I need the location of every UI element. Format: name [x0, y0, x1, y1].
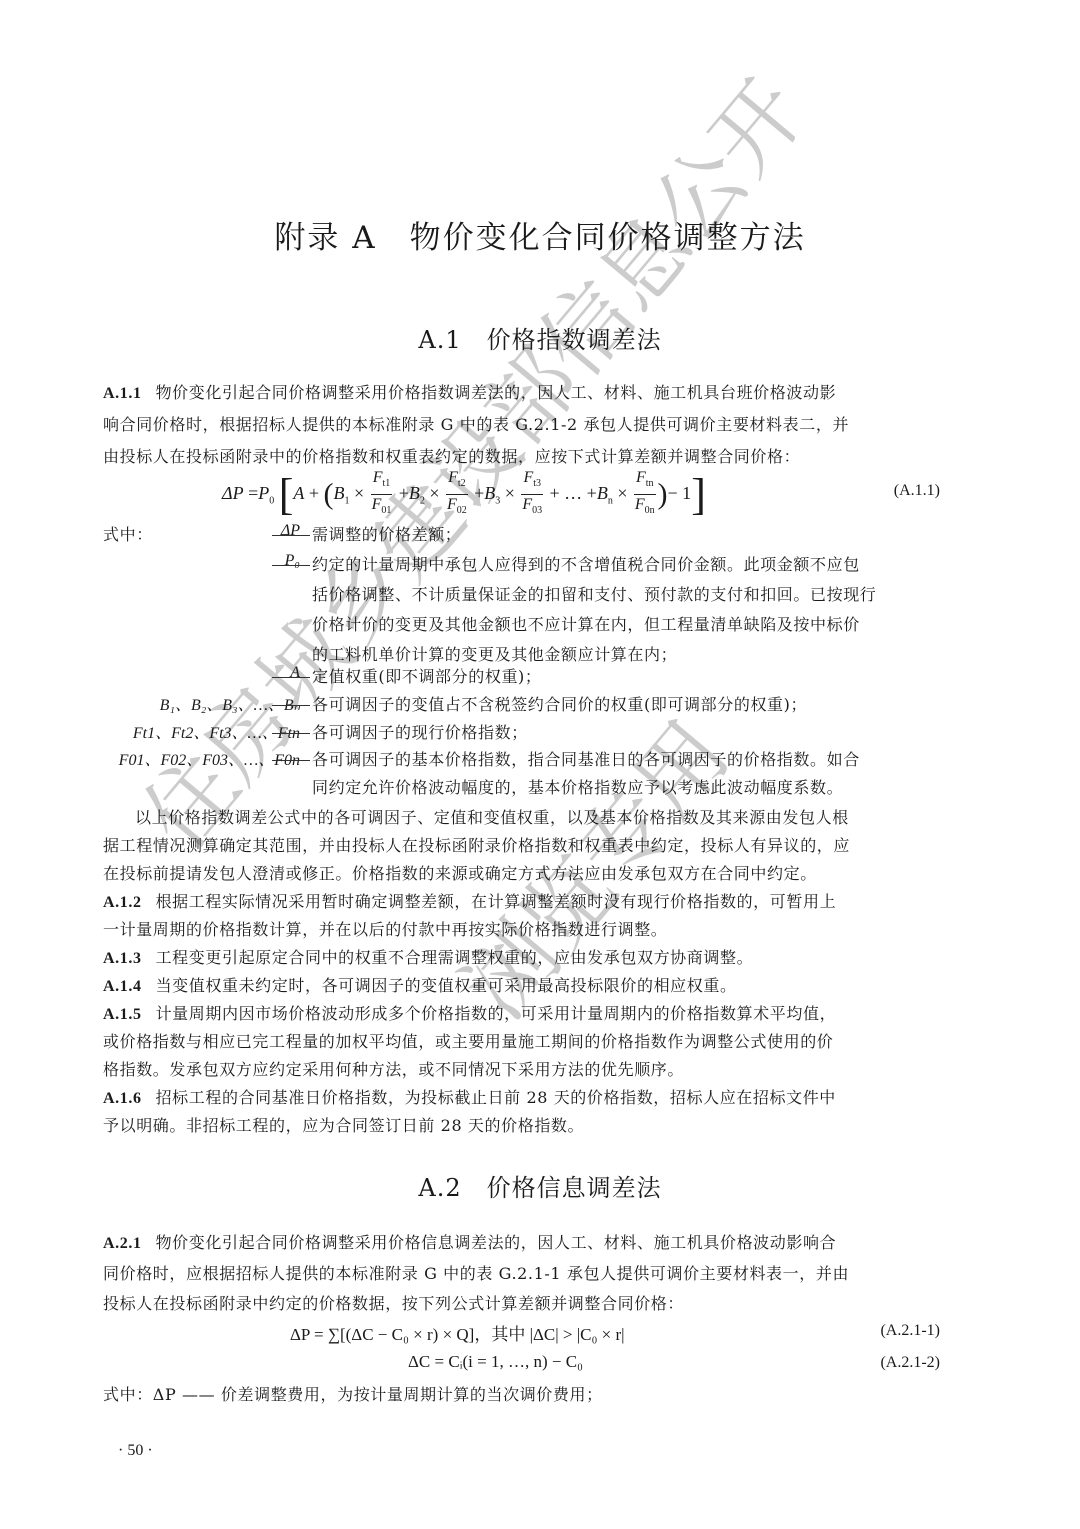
formula-a212: ΔC = Cᵢ(i = 1, …, n) − C₀ — [408, 1352, 583, 1372]
formula-a211-number: (A.2.1-1) — [880, 1322, 940, 1340]
clause-text: 计量周期内因市场价格波动形成多个价格指数的，可采用计量周期内的价格指数算术平均值… — [156, 1004, 837, 1023]
clause-a111-line3: 由投标人在投标函附录中的价格指数和权重表约定的数据，应按下式计算差额并调整合同价… — [103, 444, 800, 467]
def-delta-p: 需调整的价格差额； — [270, 522, 461, 545]
clause-text: 招标工程的合同基准日价格指数，为投标截止日前 28 天的价格指数，招标人应在招标… — [156, 1088, 836, 1107]
page-number: · 50 · — [118, 1442, 153, 1460]
clause-a221-line2: 同价格时，应根据招标人提供的本标准附录 G 中的表 G.2.1-1 承包人提供可… — [103, 1261, 849, 1284]
para-line3: 在投标前提请发包人澄清或修正。价格指数的来源或确定方式方法应由发承包双方在合同中… — [103, 861, 817, 884]
clause-text: 根据工程实际情况采用暂时确定调整差额，在计算调整差额时没有现行价格指数的，可暂用… — [156, 892, 837, 911]
clause-number: A.2.1 — [103, 1235, 142, 1252]
def-ft: 各可调因子的现行价格指数； — [270, 720, 528, 743]
def-a: 定值权重(即不调部分的权重)； — [270, 664, 542, 687]
def-f0-line1: 各可调因子的基本价格指数，指合同基准日的各可调因子的价格指数。如合 — [270, 747, 860, 770]
section-a2-heading: A.2 价格信息调差法 — [0, 1168, 1080, 1203]
clause-a111-line2: 响合同价格时，根据招标人提供的本标准附录 G 中的表 G.2.1-2 承包人提供… — [103, 412, 849, 435]
formula-a212-number: (A.2.1-2) — [880, 1354, 940, 1372]
clause-a116-line1: A.1.6招标工程的合同基准日价格指数，为投标截止日前 28 天的价格指数，招标… — [103, 1085, 836, 1108]
def-p0-line2: 括价格调整、不计质量保证金的扣留和支付、预付款的支付和扣回。已按现行 — [312, 582, 876, 605]
def-p0-line1: 约定的计量周期中承包人应得到的不含增值税合同价金额。此项金额不应包 — [270, 552, 860, 575]
clause-a112-line1: A.1.2根据工程实际情况采用暂时确定调整差额，在计算调整差额时没有现行价格指数… — [103, 889, 836, 912]
formula-a11-number: (A.1.1) — [894, 482, 940, 500]
where-label: 式中： — [103, 522, 153, 545]
clause-a115-line3: 格指数。发承包双方应约定采用何种方法，或不同情况下采用方法的优先顺序。 — [103, 1057, 684, 1080]
clause-number: A.1.3 — [103, 950, 142, 967]
clause-a115-line2: 或价格指数与相应已完工程量的加权平均值，或主要用量施工期间的价格指数作为调整公式… — [103, 1029, 833, 1052]
clause-number: A.1.5 — [103, 1006, 142, 1023]
def-f0-line2: 同约定允许价格波动幅度的，基本价格指数应予以考虑此波动幅度系数。 — [312, 775, 843, 798]
section-a1-heading: A.1 价格指数调差法 — [0, 320, 1080, 355]
formula-a11: ΔP =P0 [A + (B1 × Ft1F01 +B2 × Ft2F02 +B… — [222, 468, 706, 521]
def-b: 各可调因子的变值占不含税签约合同价的权重(即可调部分的权重)； — [270, 692, 807, 715]
clause-a114: A.1.4当变值权重未约定时，各可调因子的变值权重可采用最高投标限价的相应权重。 — [103, 973, 737, 996]
clause-number: A.1.1 — [103, 385, 142, 402]
appendix-title: 附录 A 物价变化合同价格调整方法 — [0, 212, 1080, 257]
para-line2: 据工程情况测算确定其范围，并由投标人在投标函附录价格指数和权重表中约定，投标人有… — [103, 833, 850, 856]
clause-text: 物价变化引起合同价格调整采用价格信息调差法的，因人工、材料、施工机具价格波动影响… — [156, 1233, 837, 1252]
clause-text: 工程变更引起原定合同中的权重不合理需调整权重的，应由发承包双方协商调整。 — [156, 948, 754, 967]
where-line-a2: 式中：ΔP —— 价差调整费用，为按计量周期计算的当次调价费用； — [103, 1382, 603, 1405]
document-page: 住房城乡建设部信息公开 浏览专用 附录 A 物价变化合同价格调整方法 A.1 价… — [0, 0, 1080, 1529]
clause-a221-line3: 投标人在投标函附录中约定的价格数据，按下列公式计算差额并调整合同价格： — [103, 1291, 684, 1314]
clause-a112-line2: 一计量周期的价格指数计算，并在以后的付款中再按实际价格指数进行调整。 — [103, 917, 667, 940]
def-p0-line4: 的工料机单价计算的变更及其他金额应计算在内； — [312, 642, 677, 665]
clause-text: 物价变化引起合同价格调整采用价格指数调差法的，因人工、材料、施工机具台班价格波动… — [156, 383, 837, 402]
clause-a113: A.1.3工程变更引起原定合同中的权重不合理需调整权重的，应由发承包双方协商调整… — [103, 945, 753, 968]
formula-a211: ΔP = ∑[(ΔC − C₀ × r) × Q]，其中 |ΔC| > |C₀ … — [290, 1320, 625, 1345]
clause-a111-line1: A.1.1物价变化引起合同价格调整采用价格指数调差法的，因人工、材料、施工机具台… — [103, 380, 836, 403]
clause-text: 当变值权重未约定时，各可调因子的变值权重可采用最高投标限价的相应权重。 — [156, 976, 737, 995]
clause-number: A.1.6 — [103, 1090, 142, 1107]
clause-a115-line1: A.1.5计量周期内因市场价格波动形成多个价格指数的，可采用计量周期内的价格指数… — [103, 1001, 836, 1024]
def-p0-line3: 价格计价的变更及其他金额也不应计算在内，但工程量清单缺陷及按中标价 — [312, 612, 860, 635]
clause-a221-line1: A.2.1物价变化引起合同价格调整采用价格信息调差法的，因人工、材料、施工机具价… — [103, 1230, 836, 1253]
clause-a116-line2: 予以明确。非招标工程的，应为合同签订日前 28 天的价格指数。 — [103, 1113, 584, 1136]
clause-number: A.1.4 — [103, 978, 142, 995]
clause-number: A.1.2 — [103, 894, 142, 911]
para-line1: 以上价格指数调差公式中的各可调因子、定值和变值权重，以及基本价格指数及其来源由发… — [135, 805, 849, 828]
